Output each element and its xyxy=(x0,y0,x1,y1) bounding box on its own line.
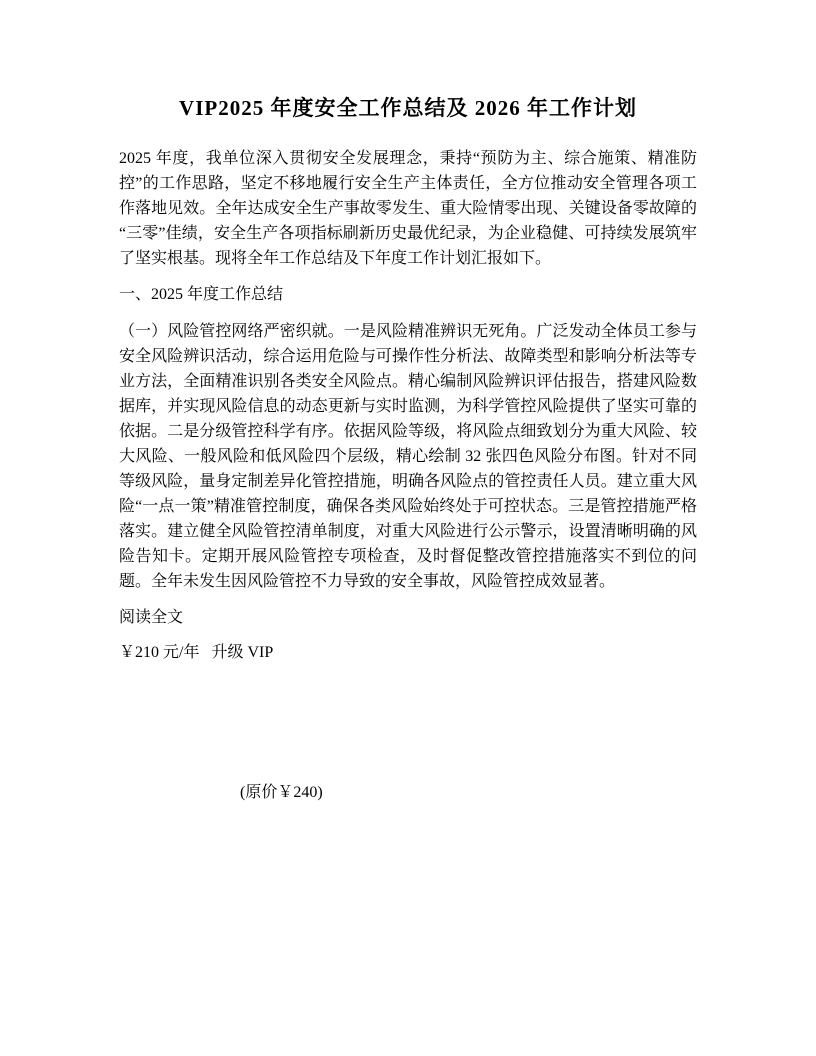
upgrade-vip-link[interactable]: 升级 VIP xyxy=(211,644,273,661)
vip-price: ￥210 元/年 xyxy=(119,644,199,661)
section-heading: 一、2025 年度工作总结 xyxy=(119,282,697,307)
intro-paragraph: 2025 年度，我单位深入贯彻安全发展理念，秉持“预防为主、综合施策、精准防控”… xyxy=(119,146,697,271)
document-page: VIP2025 年度安全工作总结及 2026 年工作计划 2025 年度，我单位… xyxy=(0,0,816,1056)
section-paragraph: （一）风险管控网络严密织就。一是风险精准辨识无死角。广泛发动全体员工参与安全风险… xyxy=(119,319,697,594)
page-title: VIP2025 年度安全工作总结及 2026 年工作计划 xyxy=(119,94,697,122)
upgrade-vip-row[interactable]: ￥210 元/年升级 VIP xyxy=(119,640,697,665)
read-full-link[interactable]: 阅读全文 xyxy=(119,605,183,630)
original-price: (原价￥240) xyxy=(240,780,697,805)
